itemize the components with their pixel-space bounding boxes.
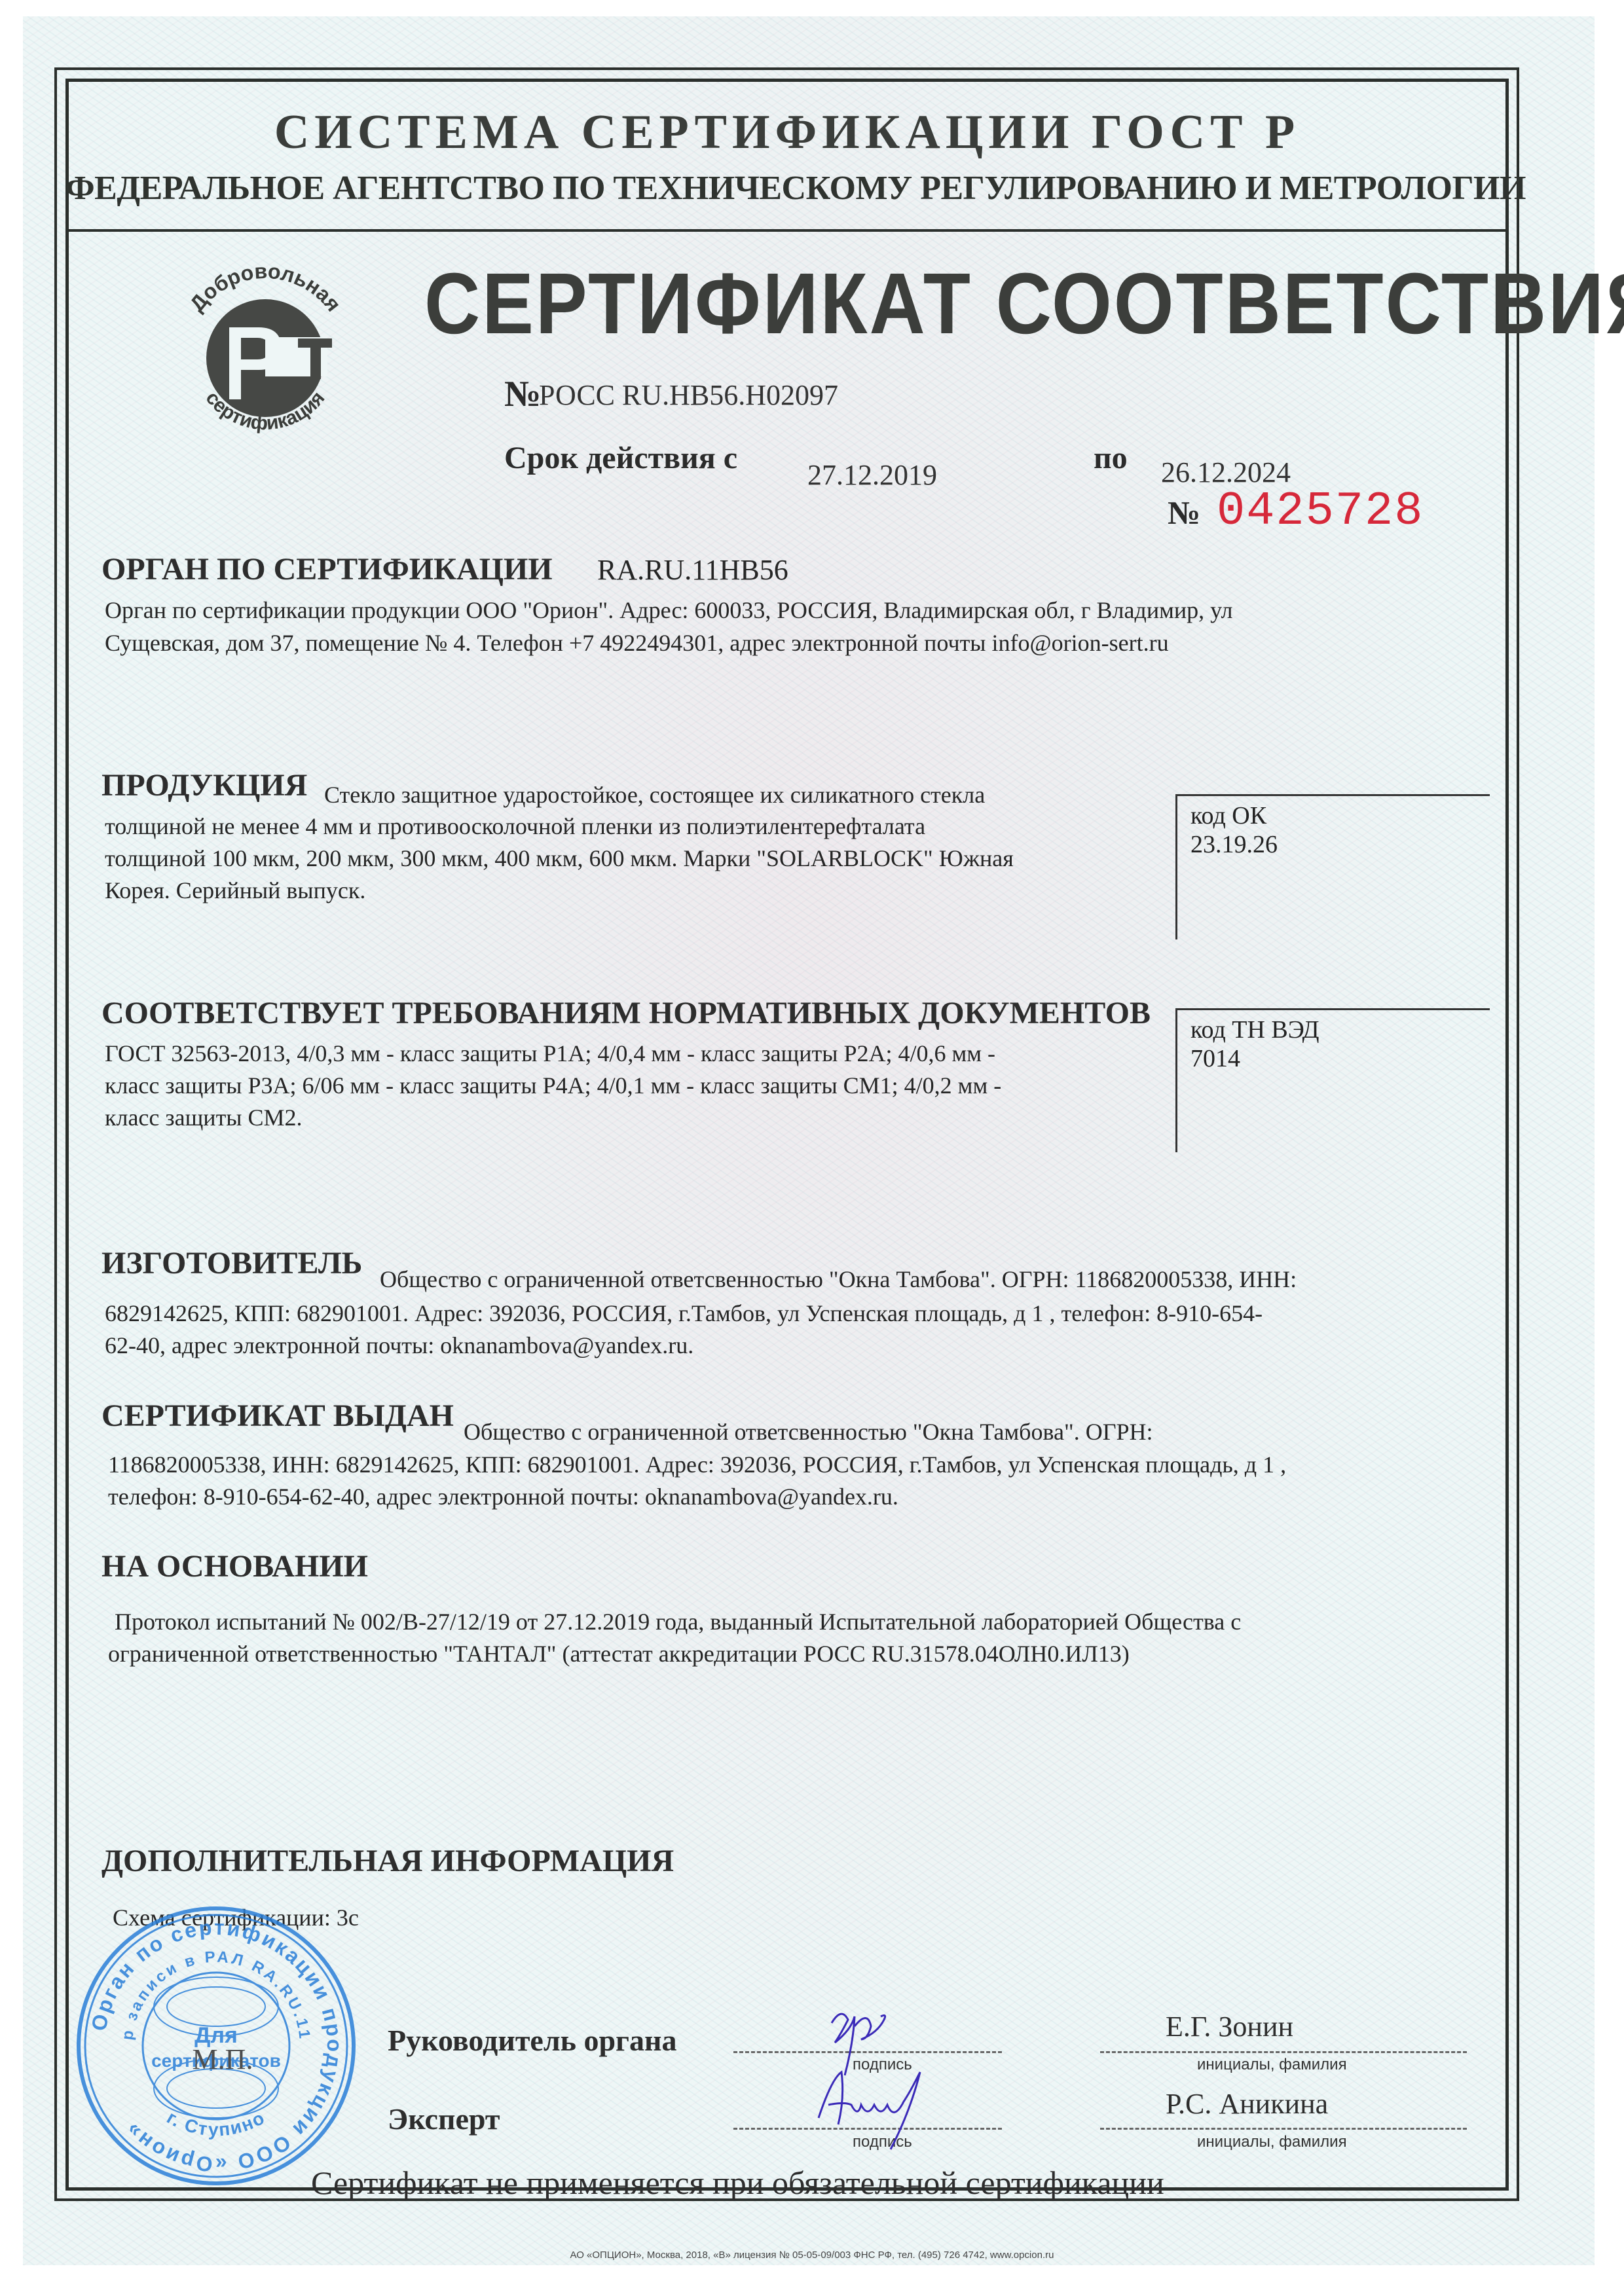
issued-to-line-3: телефон: 8-910-654-62-40, адрес электрон… bbox=[108, 1481, 898, 1513]
okpd-code-value: 23.19.26 bbox=[1190, 830, 1278, 859]
issued-to-heading: СЕРТИФИКАТ ВЫДАН bbox=[101, 1398, 454, 1434]
compliance-heading: СООТВЕТСТВУЕТ ТРЕБОВАНИЯМ НОРМАТИВНЫХ ДО… bbox=[101, 995, 1151, 1031]
compliance-line-1: ГОСТ 32563-2013, 4/0,3 мм - класс защиты… bbox=[105, 1038, 995, 1070]
expert-name-line bbox=[1100, 2128, 1467, 2130]
tnved-code-value: 7014 bbox=[1190, 1044, 1240, 1073]
manufacturer-line-2: 6829142625, КПП: 682901001. Адрес: 39203… bbox=[105, 1298, 1263, 1330]
head-role-label: Руководитель органа bbox=[388, 2023, 676, 2058]
validity-label: Срок действия с bbox=[504, 440, 737, 476]
agency-title: ФЕДЕРАЛЬНОЕ АГЕНТСТВО ПО ТЕХНИЧЕСКОМУ РЕ… bbox=[65, 169, 1509, 208]
manufacturer-line-3: 62-40, адрес электронной почты: oknanamb… bbox=[105, 1330, 693, 1362]
compliance-line-2: класс защиты Р3А; 6/06 мм - класс защиты… bbox=[105, 1070, 1001, 1102]
okpd-code-label: код ОК bbox=[1190, 801, 1266, 830]
basis-line-2: ограниченной ответственностью "ТАНТАЛ" (… bbox=[108, 1638, 1130, 1670]
product-line-4: Корея. Серийный выпуск. bbox=[105, 875, 365, 907]
expert-signature-icon bbox=[812, 2066, 943, 2151]
additional-info-heading: ДОПОЛНИТЕЛЬНАЯ ИНФОРМАЦИЯ bbox=[101, 1843, 674, 1879]
basis-line-1: Протокол испытаний № 002/В-27/12/19 от 2… bbox=[115, 1606, 1241, 1638]
certification-body-code: RA.RU.11НВ56 bbox=[597, 554, 788, 586]
head-name: Е.Г. Зонин bbox=[1166, 2010, 1293, 2043]
valid-from-date: 27.12.2019 bbox=[807, 458, 937, 492]
expert-role-label: Эксперт bbox=[388, 2102, 500, 2136]
basis-heading: НА ОСНОВАНИИ bbox=[101, 1548, 368, 1584]
certification-body-line-2: Сущевская, дом 37, помещение № 4. Телефо… bbox=[105, 627, 1169, 659]
product-line-2: толщиной не менее 4 мм и противоосколочн… bbox=[105, 811, 925, 843]
serial-sign: № bbox=[1168, 494, 1200, 532]
document-title: СЕРТИФИКАТ СООТВЕТСТВИЯ bbox=[424, 254, 1624, 354]
tnved-code-box: код ТН ВЭД 7014 bbox=[1175, 1008, 1490, 1152]
number-sign: № bbox=[504, 373, 541, 415]
tnved-code-label: код ТН ВЭД bbox=[1190, 1015, 1319, 1044]
seal-stamp-icon: Орган по сертификации продукции ООО «Ори… bbox=[72, 1902, 360, 2190]
head-name-line bbox=[1100, 2051, 1467, 2053]
expert-name-caption: инициалы, фамилия bbox=[1197, 2133, 1347, 2151]
rst-logo-icon: Добровольная сертификация bbox=[167, 259, 363, 455]
okpd-code-box: код ОК 23.19.26 bbox=[1175, 794, 1490, 939]
seal-place-label: М.П. bbox=[193, 2043, 253, 2075]
product-line-1: Стекло защитное ударостойкое, состоящее … bbox=[324, 779, 985, 811]
printer-imprint: АО «ОПЦИОН», Москва, 2018, «В» лицензия … bbox=[0, 2250, 1624, 2261]
serial-number: 0425728 bbox=[1217, 484, 1424, 538]
issued-to-line-2: 1186820005338, ИНН: 6829142625, КПП: 682… bbox=[108, 1449, 1286, 1481]
voluntary-notice: Сертификат не применяется при обязательн… bbox=[311, 2164, 1164, 2202]
manufacturer-heading: ИЗГОТОВИТЕЛЬ bbox=[101, 1245, 362, 1281]
expert-name: Р.С. Аникина bbox=[1166, 2087, 1328, 2121]
head-name-caption: инициалы, фамилия bbox=[1197, 2056, 1347, 2074]
valid-to-label: по bbox=[1094, 440, 1128, 476]
manufacturer-line-1: Общество с ограниченной ответсвенностью … bbox=[380, 1264, 1297, 1296]
product-line-3: толщиной 100 мкм, 200 мкм, 300 мкм, 400 … bbox=[105, 843, 1014, 875]
header-separator bbox=[65, 229, 1509, 232]
issued-to-line-1: Общество с ограниченной ответсвенностью … bbox=[464, 1416, 1153, 1448]
system-title: СИСТЕМА СЕРТИФИКАЦИИ ГОСТ Р bbox=[0, 105, 1574, 160]
certification-body-heading: ОРГАН ПО СЕРТИФИКАЦИИ bbox=[101, 551, 553, 587]
compliance-line-3: класс защиты СМ2. bbox=[105, 1102, 303, 1134]
certificate-number: РОСС RU.НВ56.Н02097 bbox=[539, 378, 838, 412]
certification-body-line-1: Орган по сертификации продукции ООО "Ори… bbox=[105, 594, 1233, 627]
product-heading: ПРОДУКЦИЯ bbox=[101, 767, 307, 803]
